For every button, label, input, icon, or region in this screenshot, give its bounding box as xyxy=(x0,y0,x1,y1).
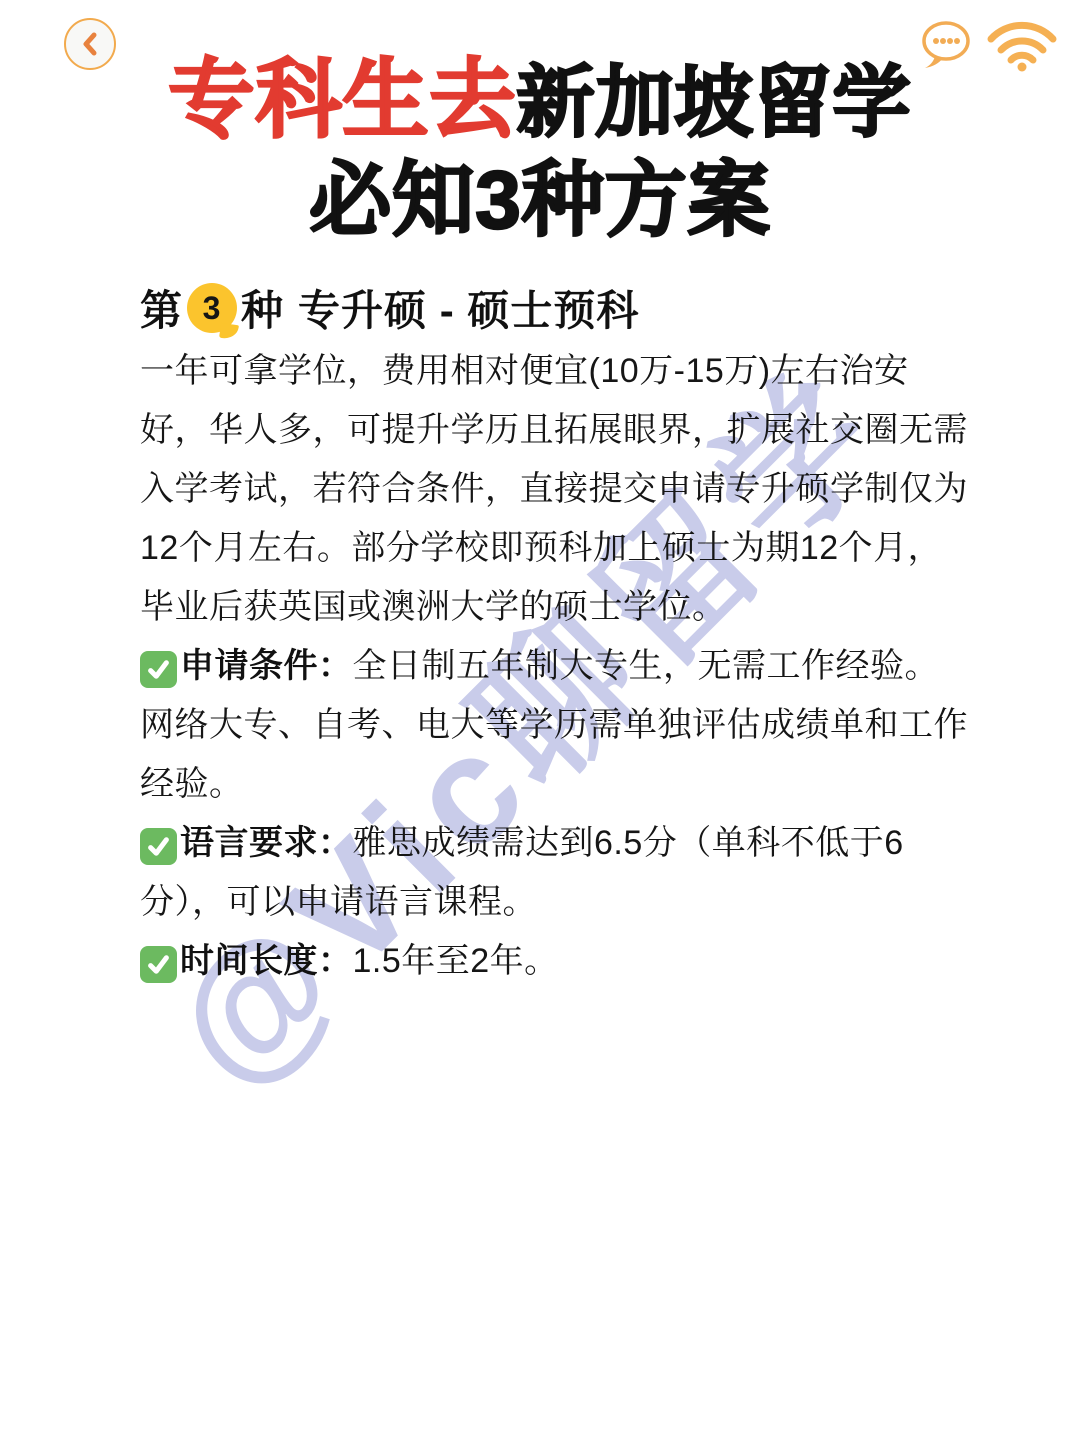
chevron-left-icon xyxy=(80,31,100,57)
back-button[interactable] xyxy=(64,18,116,70)
section-suffix: 种 xyxy=(241,278,284,338)
requirement-text: 1.5年至2年。 xyxy=(353,942,559,980)
top-bar xyxy=(0,0,1080,90)
wifi-icon xyxy=(986,18,1058,72)
section-number-badge: 3 xyxy=(187,283,237,333)
checkmark-icon xyxy=(140,946,177,983)
section-heading: 第 3 种 专升硕 - 硕士预科 xyxy=(140,282,970,334)
requirement-item-conditions: 申请条件：全日制五年制大专生，无需工作经验。网络大专、自考、电大等学历需单独评估… xyxy=(140,637,970,814)
requirement-label: 申请条件： xyxy=(180,647,353,685)
section-prefix: 第 xyxy=(140,278,183,338)
requirement-item-language: 语言要求：雅思成绩需达到6.5分（单科不低于6分），可以申请语言课程。 xyxy=(140,814,970,932)
requirement-label: 时间长度： xyxy=(180,942,353,980)
requirement-label: 语言要求： xyxy=(180,824,353,862)
requirement-item-duration: 时间长度：1.5年至2年。 xyxy=(140,932,970,991)
intro-paragraph: 一年可拿学位，费用相对便宜(10万-15万)左右治安好，华人多，可提升学历且拓展… xyxy=(140,342,970,637)
chat-bubble-icon[interactable] xyxy=(918,19,972,71)
section-number: 3 xyxy=(203,290,222,327)
section-name: 专升硕 - 硕士预科 xyxy=(298,278,639,338)
title-line-2: 必知3种方案 xyxy=(0,154,1080,248)
main-content: 第 3 种 专升硕 - 硕士预科 一年可拿学位，费用相对便宜(10万-15万)左… xyxy=(140,282,970,991)
checkmark-icon xyxy=(140,828,177,865)
checkmark-icon xyxy=(140,651,177,688)
